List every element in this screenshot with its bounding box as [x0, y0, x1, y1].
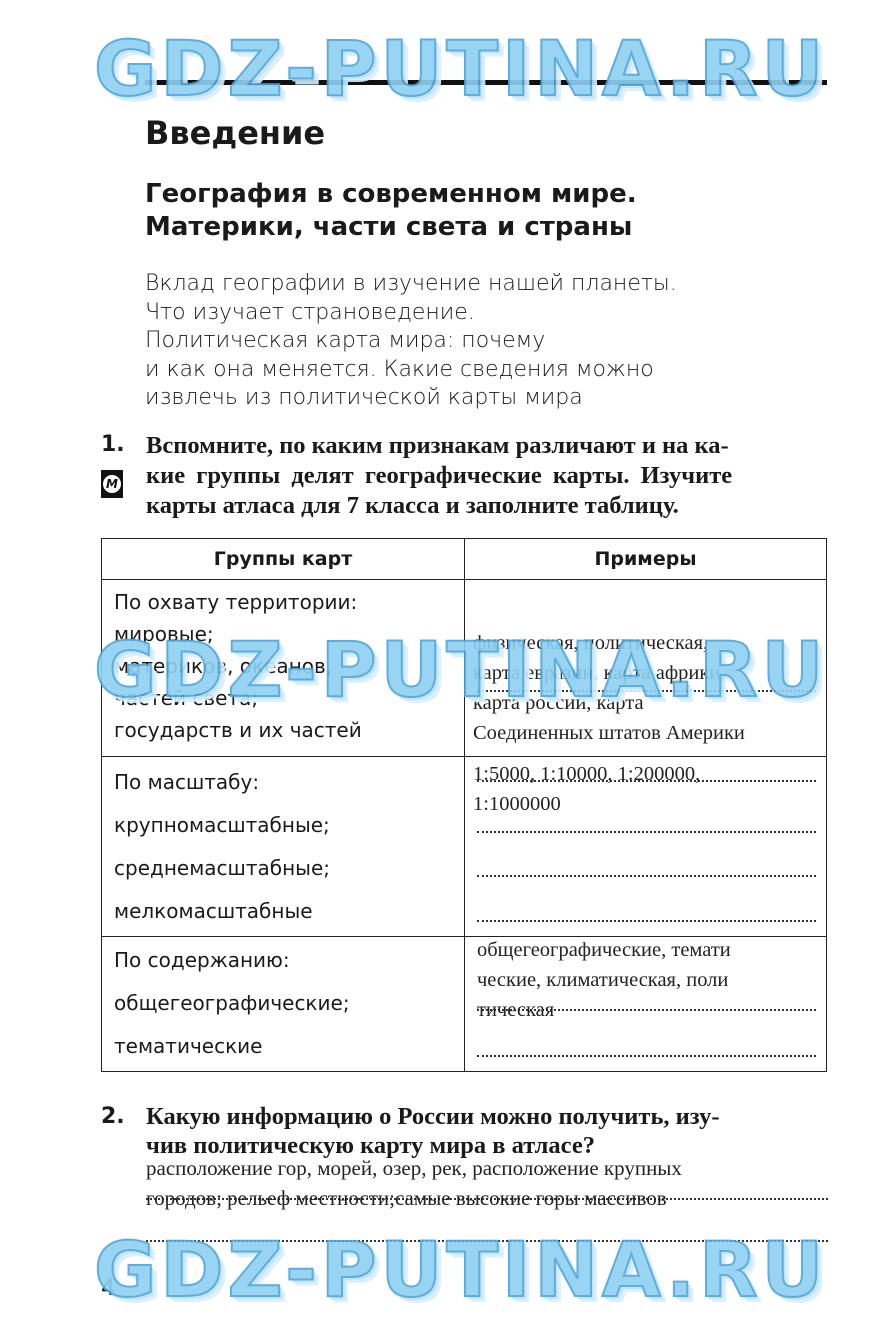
intro-text: Вклад географии в изучение нашей планеты… — [145, 270, 677, 413]
watermark: GDZ-PUTINA.RU — [94, 24, 827, 113]
task-2-text: Какую информацию о России можно получить… — [146, 1102, 720, 1160]
section-title: Введение — [145, 114, 325, 152]
page-number: 4 — [101, 1276, 115, 1301]
header-groups: Группы карт — [102, 539, 465, 580]
table-row: По охвату территории: мировые; материков… — [102, 580, 827, 757]
watermark: GDZ-PUTINA.RU — [94, 1225, 827, 1314]
maps-table: Группы карт Примеры По охвату территории… — [101, 538, 827, 1072]
header-examples: Примеры — [465, 539, 827, 580]
topic-title: География в современном мире. Материки, … — [145, 178, 637, 244]
task-2-number: 2. — [101, 1104, 125, 1129]
answer-field[interactable]: физическая, политическая, карта евразии,… — [465, 580, 827, 757]
table-row: По масштабу: крупномасштабные; среднемас… — [102, 757, 827, 937]
header-rule — [145, 80, 827, 85]
m-badge-icon: M — [101, 470, 123, 498]
table-row: По содержанию: общегеографические; темат… — [102, 937, 827, 1072]
task-1-number: 1. — [101, 432, 125, 457]
task-1-text: Вспомните, по каким признакам различают … — [146, 431, 732, 521]
answer-field[interactable]: общегеографические, темати ческие, клима… — [465, 937, 827, 1072]
answer-field[interactable]: 1:5000, 1:10000, 1:200000, 1:1000000 — [465, 757, 827, 937]
